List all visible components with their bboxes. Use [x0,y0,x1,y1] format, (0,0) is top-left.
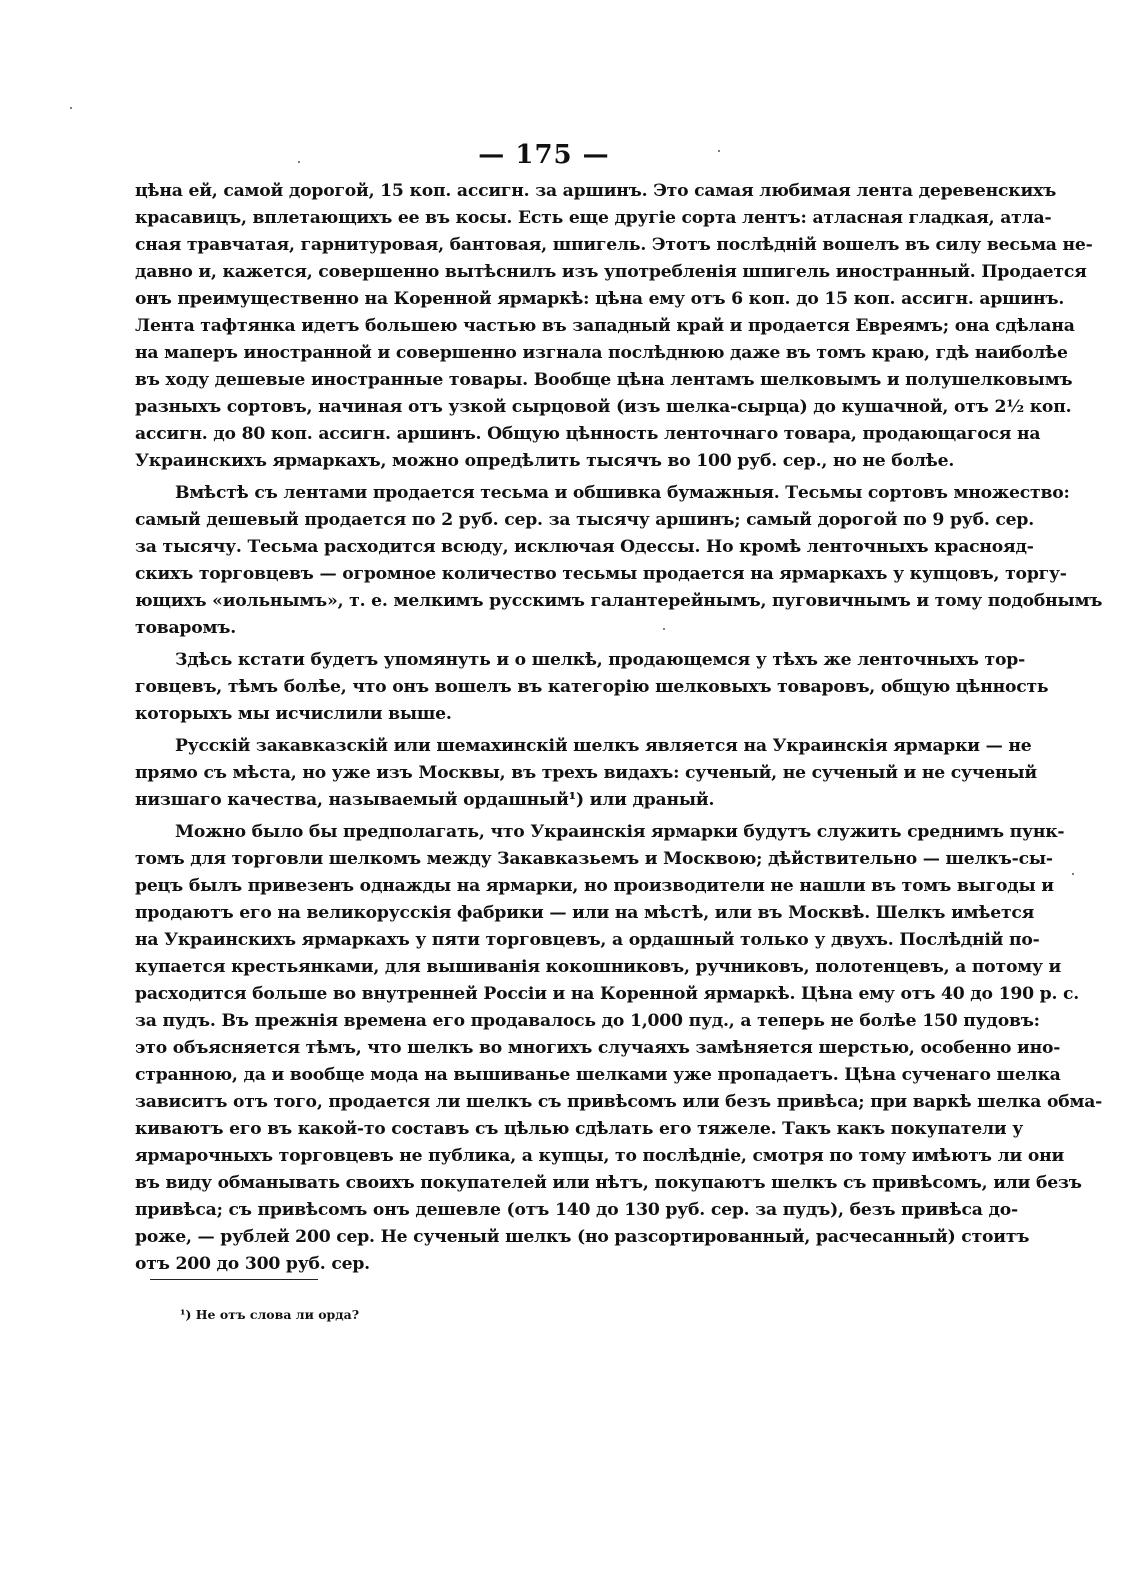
text-line: въ виду обманывать своихъ покупателей ил… [135,1170,951,1197]
text-line: прямо съ мѣста, но уже изъ Москвы, въ тр… [135,760,951,787]
text-line: купается крестьянками, для вышиванія кок… [135,954,951,981]
text-line: Лента тафтянка идетъ большею частью въ з… [135,313,951,340]
text-line: за пудъ. Въ прежнія времена его продавал… [135,1008,951,1035]
page-number: — 175 — [0,140,1088,170]
text-line: скихъ торговцевъ — огромное количество т… [135,561,951,588]
text-line: давно и, кажется, совершенно вытѣснилъ и… [135,259,951,286]
footnote: ¹) Не отъ слова ли орда? [180,1307,359,1322]
text-line: ющихъ «иольнымъ», т. е. мелкимъ русскимъ… [135,588,951,615]
text-line: странною, да и вообще мода на вышиванье … [135,1062,951,1089]
text-line: ассигн. до 80 коп. ассигн. аршинъ. Общую… [135,421,951,448]
text-line: товаромъ. [135,615,951,642]
text-line: Русскій закавказскій или шемахинскій шел… [135,733,951,760]
text-line: киваютъ его въ какой-то составъ съ цѣлью… [135,1116,951,1143]
text-line: Украинскихъ ярмаркахъ, можно опредѣлить … [135,448,951,475]
text-line: на маперъ иностранной и совершенно изгна… [135,340,951,367]
text-line: зависитъ отъ того, продается ли шелкъ съ… [135,1089,951,1116]
text-line: разныхъ сортовъ, начиная отъ узкой сырцо… [135,394,951,421]
body-text: цѣна ей, самой дорогой, 15 коп. ассигн. … [135,178,951,1278]
text-line: которыхъ мы исчислили выше. [135,701,951,728]
text-line: привѣса; съ привѣсомъ онъ дешевле (отъ 1… [135,1197,951,1224]
text-line: роже, — рублей 200 сер. Не сученый шелкъ… [135,1224,951,1251]
scan-speck [718,150,720,152]
text-line: Можно было бы предполагать, что Украинск… [135,819,951,846]
text-line: Здѣсь кстати будетъ упомянуть и о шелкѣ,… [135,647,951,674]
text-line: это объясняется тѣмъ, что шелкъ во многи… [135,1035,951,1062]
text-line: отъ 200 до 300 руб. сер. [135,1251,951,1278]
text-line: на Украинскихъ ярмаркахъ у пяти торговце… [135,927,951,954]
text-line: красавицъ, вплетающихъ ее въ косы. Есть … [135,205,951,232]
scan-speck [298,161,300,163]
scan-speck [70,107,72,109]
scan-speck [663,628,665,630]
text-line: Вмѣстѣ съ лентами продается тесьма и обш… [135,480,951,507]
text-line: за тысячу. Тесьма расходится всюду, искл… [135,534,951,561]
text-line: онъ преимущественно на Коренной ярмаркѣ:… [135,286,951,313]
text-line: расходится больше во внутренней Россіи и… [135,981,951,1008]
text-line: цѣна ей, самой дорогой, 15 коп. ассигн. … [135,178,951,205]
text-line: продаютъ его на великорусскія фабрики — … [135,900,951,927]
text-line: томъ для торговли шелкомъ между Закавказ… [135,846,951,873]
scan-speck [1072,873,1074,875]
text-line: въ ходу дешевые иностранные товары. Вооб… [135,367,951,394]
text-line: ярмарочныхъ торговцевъ не публика, а куп… [135,1143,951,1170]
text-line: рецъ былъ привезенъ однажды на ярмарки, … [135,873,951,900]
text-line: говцевъ, тѣмъ болѣе, что онъ вошелъ въ к… [135,674,951,701]
footnote-divider [150,1279,318,1280]
text-line: сная травчатая, гарнитуровая, бантовая, … [135,232,951,259]
text-line: низшаго качества, называемый ордашный¹) … [135,787,951,814]
text-line: самый дешевый продается по 2 руб. сер. з… [135,507,951,534]
